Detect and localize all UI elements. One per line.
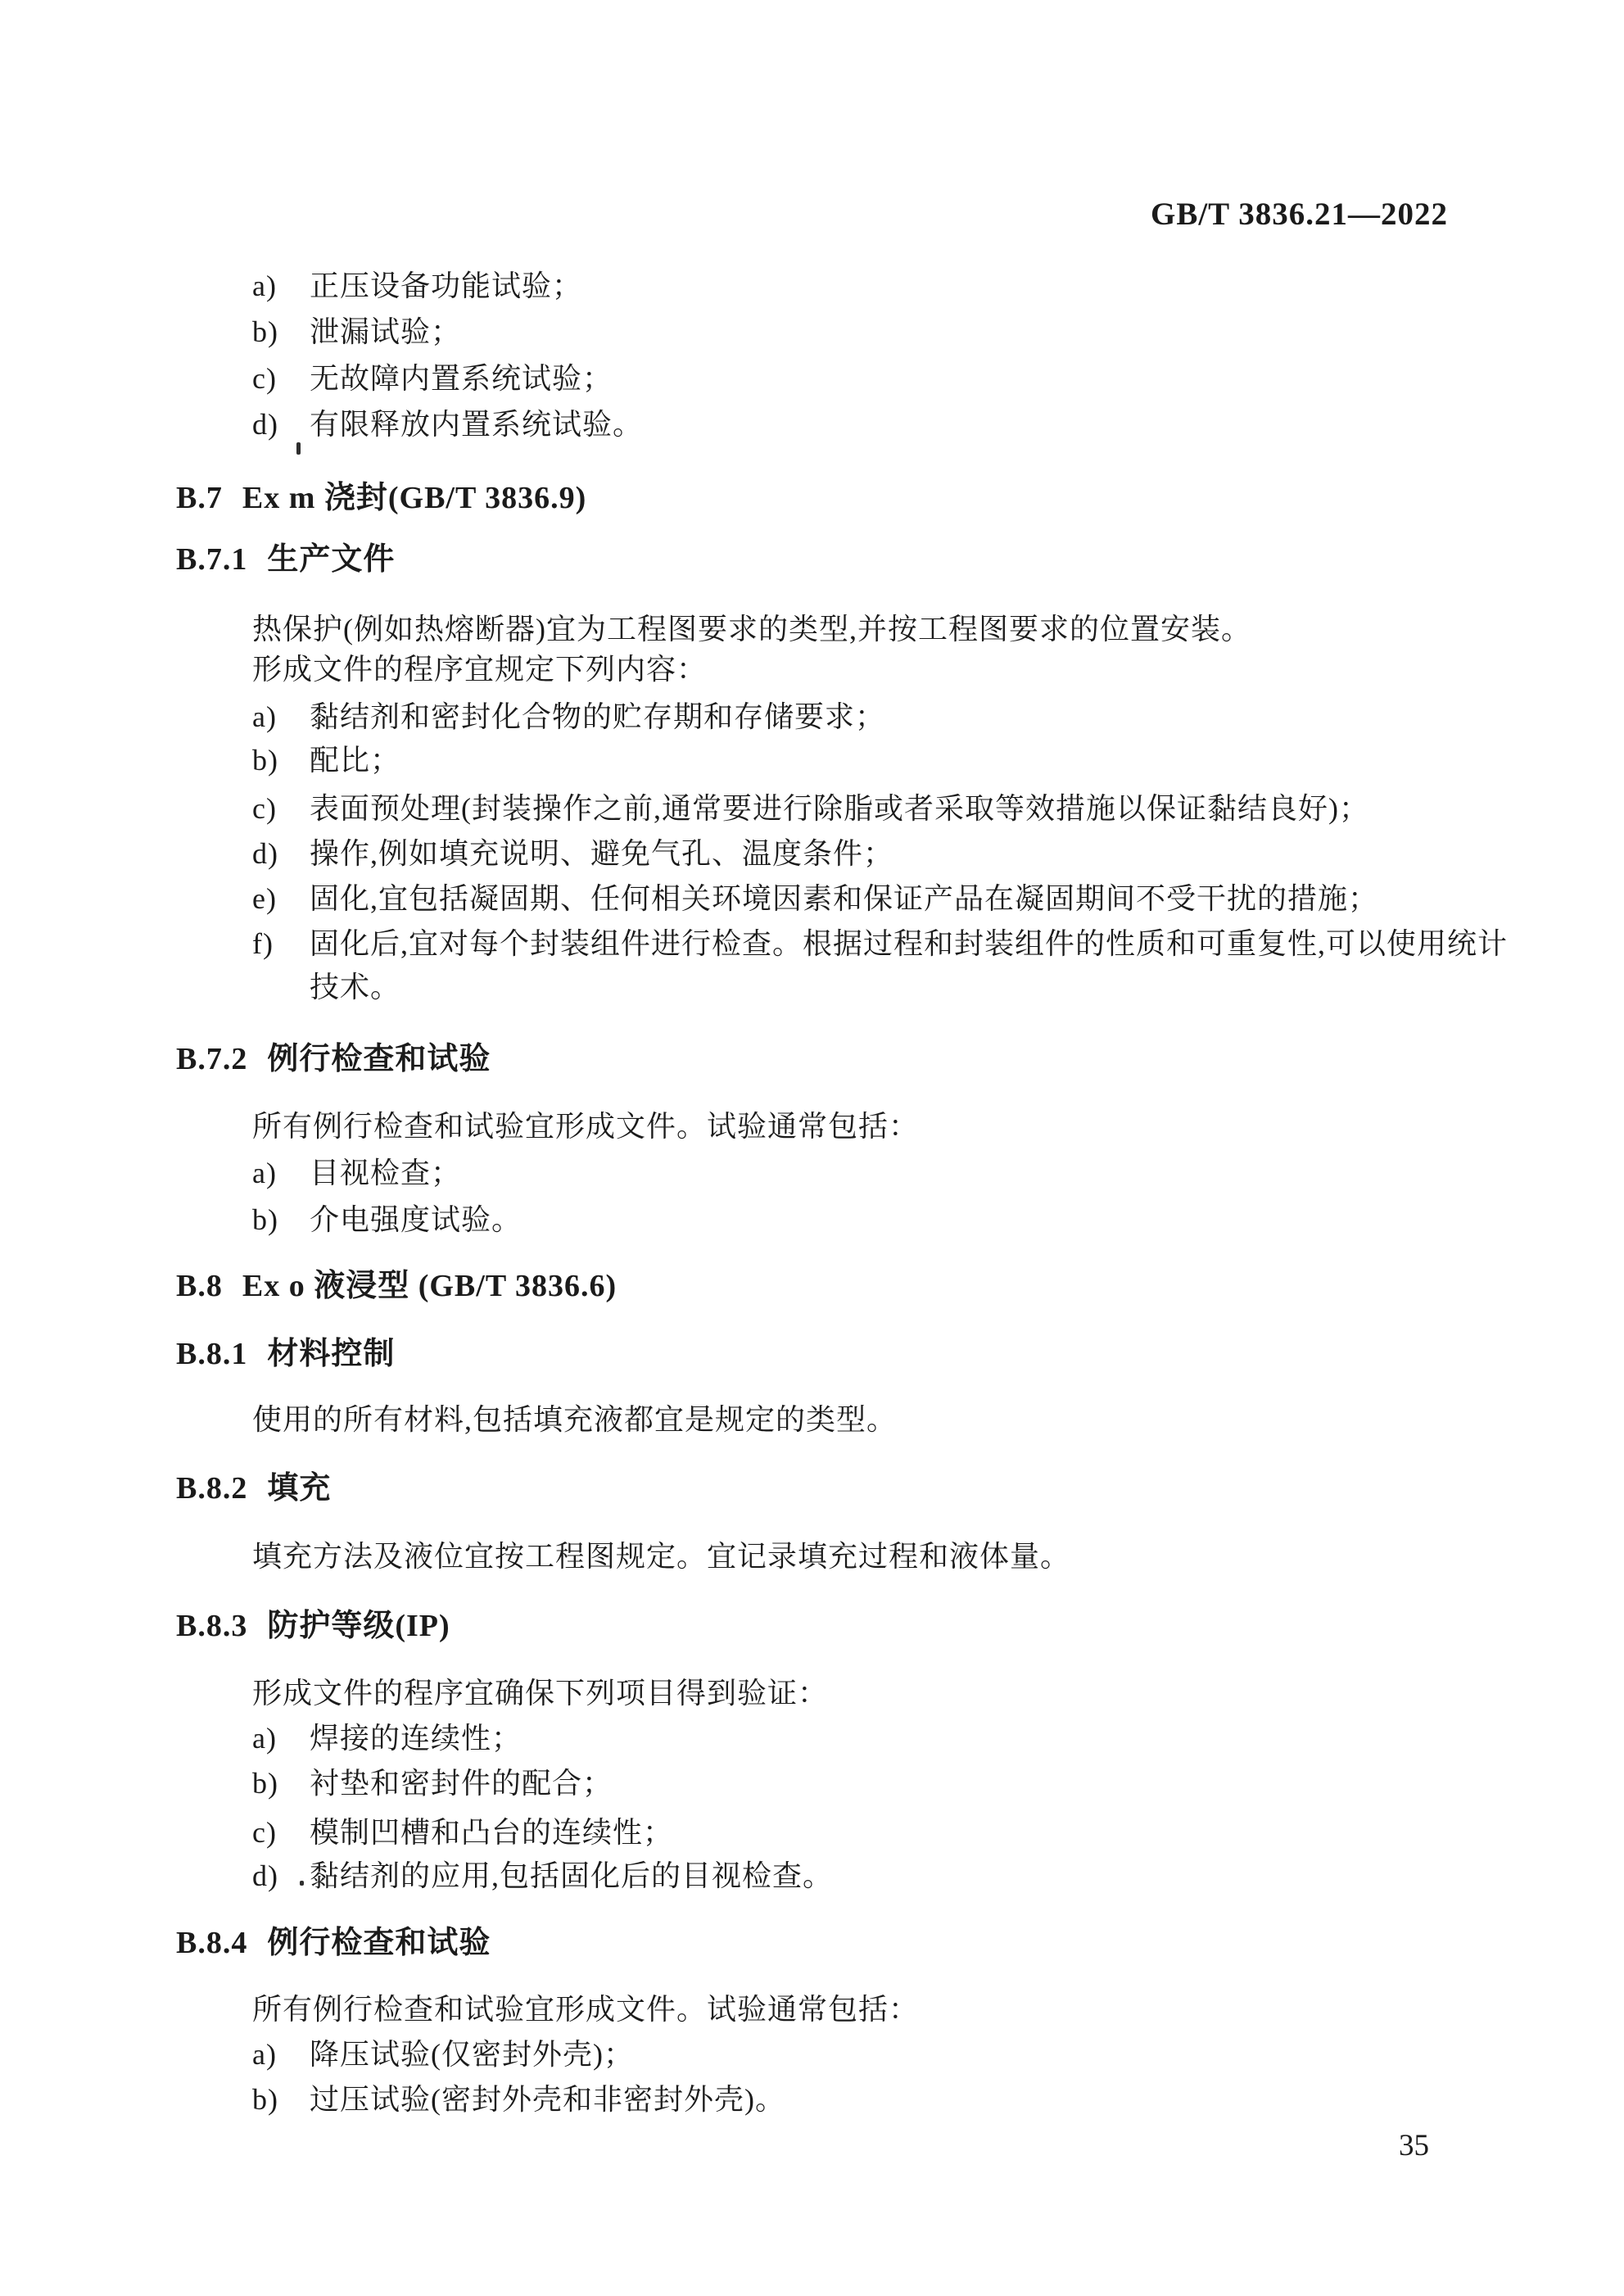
document-page: GB/T 3836.21—2022 a)正压设备功能试验； b)泄漏试验； c)… — [0, 0, 1624, 2296]
list-item-label: a) — [252, 1715, 310, 1761]
list-item: a)降压试验(仅密封外壳)； — [252, 2031, 634, 2077]
list-item-label: b) — [252, 1197, 310, 1243]
list-item: b)过压试验(密封外壳和非密封外壳)。 — [252, 2076, 785, 2122]
section-number: B.8.3 — [176, 1609, 247, 1643]
section-title: 防护等级(IP) — [267, 1609, 450, 1643]
section-number: B.8.1 — [176, 1337, 247, 1371]
paragraph: 所有例行检查和试验宜形成文件。试验通常包括： — [252, 1103, 919, 1149]
list-item-label: e) — [252, 876, 310, 922]
list-item-label: f) — [252, 921, 310, 967]
list-item-label: d) — [252, 831, 310, 876]
list-item: d)黏结剂的应用,包括固化后的目视检查。 — [252, 1853, 833, 1899]
section-title: Ex o 液浸型 (GB/T 3836.6) — [242, 1269, 617, 1303]
list-item-label: a) — [252, 2031, 310, 2077]
section-heading-b7-2: B.7.2例行检查和试验 — [176, 1036, 491, 1082]
list-item-label: a) — [252, 1150, 310, 1196]
list-item: b)衬垫和密封件的配合； — [252, 1760, 613, 1806]
list-item-text: 配比； — [310, 744, 400, 777]
list-item-label: c) — [252, 786, 310, 831]
list-item-label: c) — [252, 355, 310, 401]
list-item-text: 衬垫和密封件的配合； — [310, 1767, 613, 1800]
paragraph: 热保护(例如热熔断器)宜为工程图要求的类型,并按工程图要求的位置安装。 — [252, 606, 1251, 652]
scan-artifact — [300, 1881, 304, 1886]
list-item: a)目视检查； — [252, 1150, 461, 1196]
list-item-label: a) — [252, 263, 310, 309]
list-item: c)模制凹槽和凸台的连续性； — [252, 1809, 673, 1855]
section-heading-b8-1: B.8.1材料控制 — [176, 1331, 395, 1377]
list-item-text: 泄漏试验； — [310, 315, 461, 348]
list-item-label: b) — [252, 737, 310, 783]
list-item-text: 降压试验(仅密封外壳)； — [310, 2038, 634, 2071]
section-heading-b8-4: B.8.4例行检查和试验 — [176, 1920, 491, 1966]
section-title: 生产文件 — [267, 542, 395, 577]
section-heading-b8: B.8Ex o 液浸型 (GB/T 3836.6) — [176, 1263, 617, 1309]
paragraph: 形成文件的程序宜规定下列内容： — [252, 646, 707, 692]
list-item-label: a) — [252, 694, 310, 740]
list-item: c)表面预处理(封装操作之前,通常要进行除脂或者采取等效措施以保证黏结良好)； — [252, 786, 1369, 831]
list-item-text: 焊接的连续性； — [310, 1722, 522, 1755]
section-title: 材料控制 — [267, 1337, 395, 1371]
list-item-text: 目视检查； — [310, 1157, 461, 1189]
scan-artifact — [296, 442, 301, 455]
section-title: 填充 — [267, 1471, 331, 1506]
list-item-text: 无故障内置系统试验； — [310, 362, 613, 395]
list-item: b)配比； — [252, 737, 400, 783]
list-item: f)固化后,宜对每个封装组件进行检查。根据过程和封装组件的性质和可重复性,可以使… — [252, 921, 1508, 967]
list-item: d)有限释放内置系统试验。 — [252, 401, 643, 447]
list-item: a)焊接的连续性； — [252, 1715, 522, 1761]
standard-code-header: GB/T 3836.21—2022 — [1151, 192, 1448, 238]
list-item-text: 正压设备功能试验； — [310, 269, 582, 302]
list-item-label: d) — [252, 1853, 310, 1899]
list-item-text: 固化后,宜对每个封装组件进行检查。根据过程和封装组件的性质和可重复性,可以使用统… — [310, 927, 1508, 960]
list-item-text: 黏结剂的应用,包括固化后的目视检查。 — [310, 1859, 833, 1892]
paragraph: 使用的所有材料,包括填充液都宜是规定的类型。 — [252, 1397, 897, 1442]
list-item: b)泄漏试验； — [252, 309, 461, 355]
section-number: B.7 — [176, 481, 223, 515]
page-number: 35 — [1399, 2123, 1429, 2169]
list-item-text: 黏结剂和密封化合物的贮存期和存储要求； — [310, 700, 885, 733]
section-title: Ex m 浇封(GB/T 3836.9) — [242, 481, 586, 515]
section-heading-b7-1: B.7.1生产文件 — [176, 537, 395, 582]
list-item-text: 有限释放内置系统试验。 — [310, 408, 643, 441]
section-heading-b7: B.7Ex m 浇封(GB/T 3836.9) — [176, 475, 586, 521]
list-item: a)黏结剂和密封化合物的贮存期和存储要求； — [252, 694, 885, 740]
list-item-text: 表面预处理(封装操作之前,通常要进行除脂或者采取等效措施以保证黏结良好)； — [310, 792, 1369, 825]
section-number: B.8 — [176, 1269, 223, 1303]
section-number: B.7.1 — [176, 542, 247, 577]
section-heading-b8-2: B.8.2填充 — [176, 1465, 331, 1511]
list-item: c)无故障内置系统试验； — [252, 355, 613, 401]
list-item: b)介电强度试验。 — [252, 1197, 522, 1243]
list-item-label: b) — [252, 2076, 310, 2122]
section-heading-b8-3: B.8.3防护等级(IP) — [176, 1603, 450, 1649]
list-item: a)正压设备功能试验； — [252, 263, 582, 309]
list-item-label: d) — [252, 401, 310, 447]
paragraph: 所有例行检查和试验宜形成文件。试验通常包括： — [252, 1986, 919, 2032]
section-number: B.8.2 — [176, 1471, 247, 1506]
list-item-text: 介电强度试验。 — [310, 1203, 522, 1236]
list-item-text: 过压试验(密封外壳和非密封外壳)。 — [310, 2083, 785, 2116]
list-item: e)固化,宜包括凝固期、任何相关环境因素和保证产品在凝固期间不受干扰的措施； — [252, 876, 1378, 922]
list-item-label: b) — [252, 309, 310, 355]
list-item-text: 固化,宜包括凝固期、任何相关环境因素和保证产品在凝固期间不受干扰的措施； — [310, 882, 1378, 915]
section-title: 例行检查和试验 — [267, 1042, 491, 1076]
list-item: d)操作,例如填充说明、避免气孔、温度条件； — [252, 831, 893, 876]
list-item-text: 模制凹槽和凸台的连续性； — [310, 1816, 673, 1849]
section-title: 例行检查和试验 — [267, 1926, 491, 1960]
section-number: B.8.4 — [176, 1926, 247, 1960]
list-item-label: b) — [252, 1760, 310, 1806]
list-item-continuation: 技术。 — [310, 964, 400, 1010]
list-item-text: 操作,例如填充说明、避免气孔、温度条件； — [310, 837, 893, 870]
paragraph: 填充方法及液位宜按工程图规定。宜记录填充过程和液体量。 — [252, 1533, 1070, 1579]
paragraph: 形成文件的程序宜确保下列项目得到验证： — [252, 1670, 828, 1716]
list-item-label: c) — [252, 1809, 310, 1855]
section-number: B.7.2 — [176, 1042, 247, 1076]
